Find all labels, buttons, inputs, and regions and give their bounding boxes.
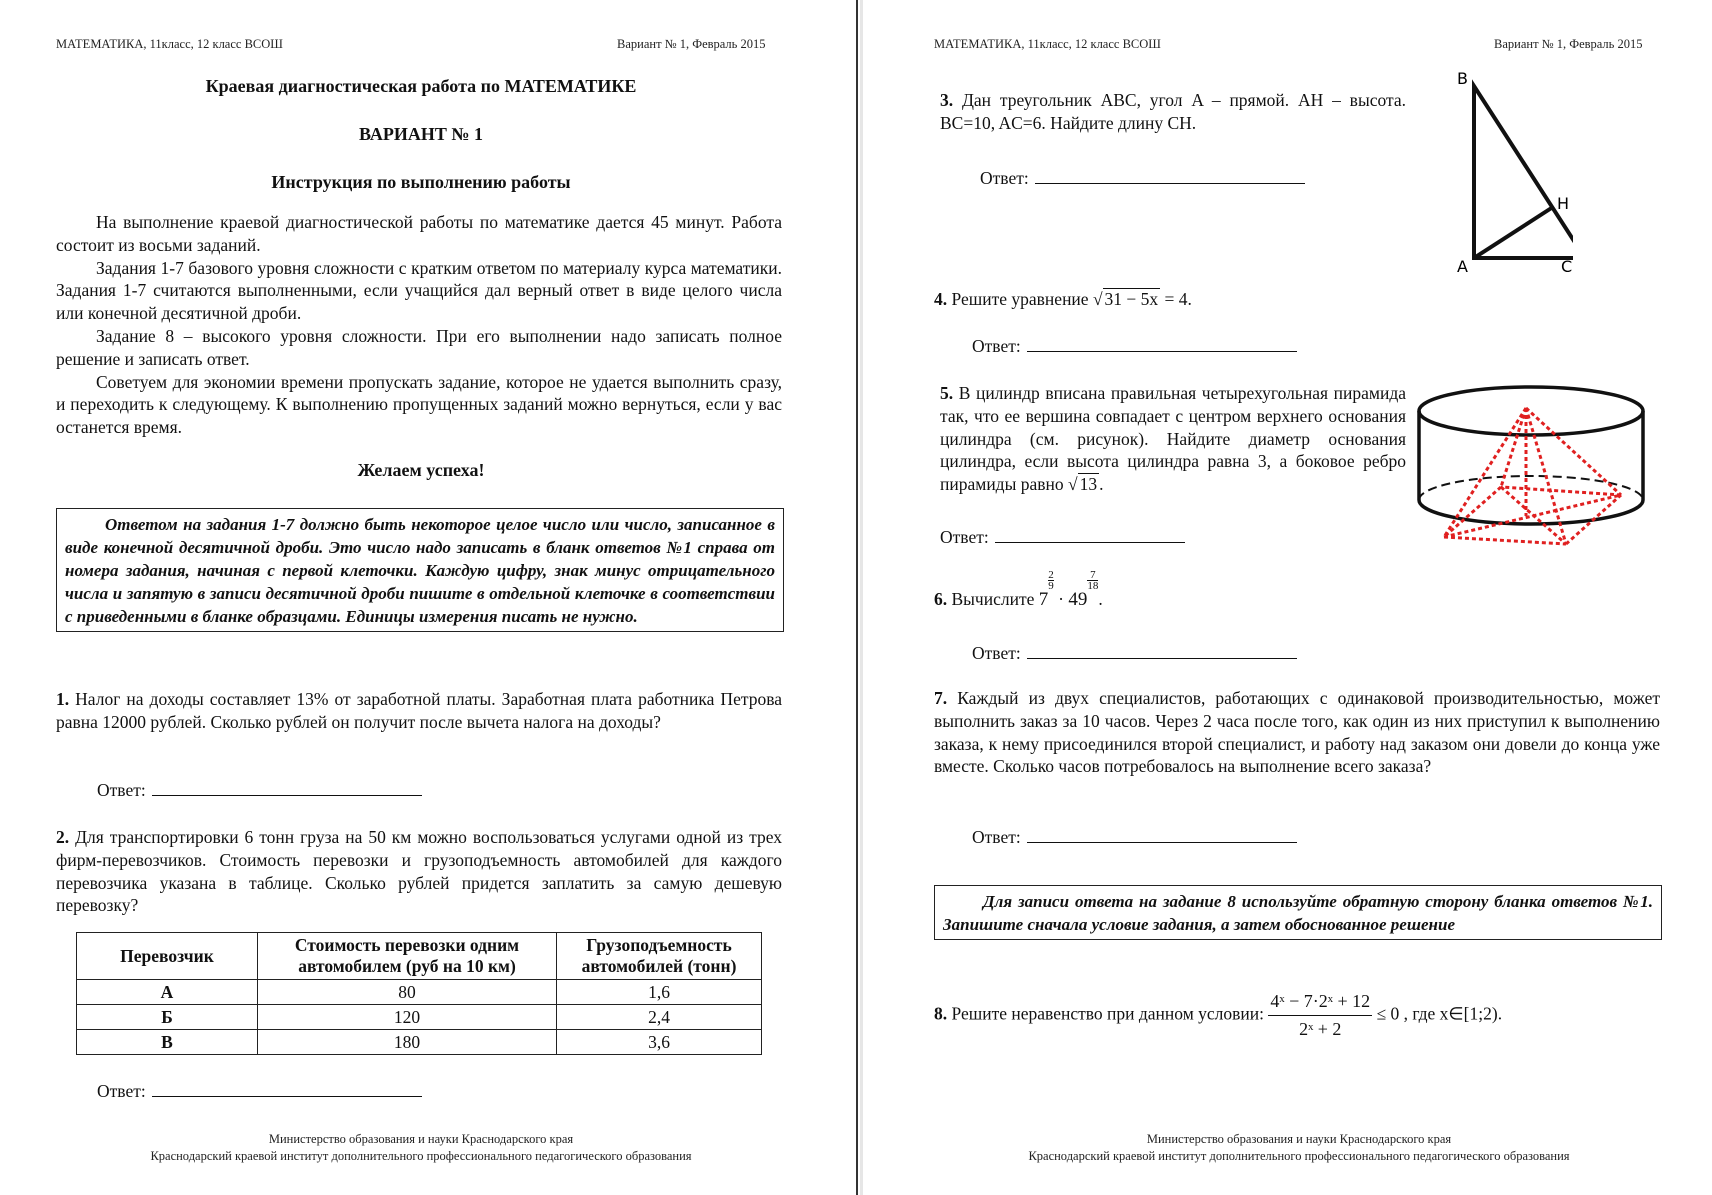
- inequality-fraction: 4ˣ − 7·2ˣ + 122ˣ + 2: [1268, 990, 1372, 1041]
- task-8-instructions-box: Для записи ответа на задание 8 используй…: [934, 885, 1662, 940]
- cost-cell: 120: [258, 1005, 557, 1030]
- sentence-end: .: [1099, 474, 1103, 494]
- task-6: 6. Вычислите 729 · 49718.: [934, 588, 1414, 612]
- task-4: 4. Решите уравнение √31 − 5x = 4.: [934, 288, 1414, 311]
- instructions-title: Инструкция по выполнению работы: [56, 172, 786, 193]
- answer-line[interactable]: [1027, 828, 1297, 843]
- task-4-text: Решите уравнение: [947, 289, 1093, 309]
- vertex-label-h: H: [1557, 194, 1569, 213]
- footer-institute: Краснодарский краевой институт дополните…: [56, 1148, 786, 1165]
- equation-rhs: = 4.: [1160, 289, 1192, 309]
- answer-instructions-text: Ответом на задания 1-7 должно быть некот…: [65, 513, 775, 628]
- fraction-numerator: 4ˣ − 7·2ˣ + 12: [1268, 990, 1372, 1016]
- table-row: В1803,6: [77, 1030, 762, 1055]
- exponent-1: 29: [1048, 570, 1054, 591]
- task-6-text: Вычислите: [947, 589, 1039, 609]
- task-4-number: 4.: [934, 289, 947, 309]
- exponent-denominator: 9: [1048, 581, 1054, 591]
- cost-cell: 80: [258, 980, 557, 1005]
- instruction-paragraph: Советуем для экономии времени пропускать…: [56, 371, 782, 439]
- header-variant: Вариант № 1, Февраль 2015: [1494, 37, 1643, 52]
- multiply-dot: ·: [1054, 589, 1069, 609]
- variant-title: ВАРИАНТ № 1: [56, 124, 786, 145]
- carrier-name: Б: [77, 1005, 258, 1030]
- task-2-answer: Ответ:: [97, 1081, 422, 1102]
- task-6-number: 6.: [934, 589, 947, 609]
- base-2: 49: [1068, 589, 1087, 610]
- carrier-name: В: [77, 1030, 258, 1055]
- sentence-end: .: [1098, 589, 1102, 609]
- instruction-paragraph: Задание 8 – высокого уровня сложности. П…: [56, 325, 782, 371]
- answer-label: Ответ:: [980, 168, 1029, 188]
- capacity-cell: 3,6: [557, 1030, 762, 1055]
- cost-cell: 180: [258, 1030, 557, 1055]
- task-2-text: Для транспортировки 6 тонн груза на 50 к…: [56, 827, 782, 915]
- footer: Министерство образования и науки Краснод…: [56, 1131, 786, 1165]
- exponent-denominator: 18: [1087, 581, 1098, 591]
- answer-line[interactable]: [1027, 644, 1297, 659]
- answer-label: Ответ:: [972, 643, 1021, 663]
- answer-line[interactable]: [995, 528, 1185, 543]
- instruction-paragraph: Задания 1-7 базового уровня сложности с …: [56, 257, 782, 325]
- answer-instructions-box: Ответом на задания 1-7 должно быть некот…: [56, 508, 784, 632]
- answer-label: Ответ:: [972, 336, 1021, 356]
- cylinder-pyramid-figure: [1416, 375, 1656, 555]
- answer-line[interactable]: [152, 781, 422, 796]
- table-header-row: Перевозчик Стоимость перевозки одним авт…: [77, 933, 762, 980]
- base-1: 7: [1039, 589, 1049, 610]
- column-header: Стоимость перевозки одним автомобилем (р…: [258, 933, 557, 980]
- task-3-number: 3.: [940, 90, 953, 110]
- header-subject: МАТЕМАТИКА, 11класс, 12 класс ВСОШ: [56, 37, 283, 52]
- table-row: А801,6: [77, 980, 762, 1005]
- task-5-text: В цилиндр вписана правильная четырехугол…: [940, 383, 1406, 494]
- answer-label: Ответ:: [97, 1081, 146, 1101]
- task-2-number: 2.: [56, 827, 69, 847]
- task-3-text: Дан треугольник ABC, угол A – прямой. AH…: [940, 90, 1406, 133]
- exponent-2: 718: [1087, 570, 1098, 591]
- task-5-number: 5.: [940, 383, 953, 403]
- task-2: 2. Для транспортировки 6 тонн груза на 5…: [56, 826, 782, 917]
- vertex-label-b: B: [1457, 69, 1468, 88]
- answer-label: Ответ:: [940, 527, 989, 547]
- task-3-answer: Ответ:: [980, 168, 1305, 189]
- task-1-number: 1.: [56, 689, 69, 709]
- answer-label: Ответ:: [97, 780, 146, 800]
- instructions: На выполнение краевой диагностической ра…: [56, 211, 782, 439]
- answer-line[interactable]: [1035, 169, 1305, 184]
- task-8: 8. Решите неравенство при данном условии…: [934, 990, 1674, 1041]
- radicand: 31 − 5x: [1103, 288, 1161, 309]
- header-variant: Вариант № 1, Февраль 2015: [617, 37, 766, 52]
- column-header: Грузоподъемность автомобилей (тонн): [557, 933, 762, 980]
- task-7-number: 7.: [934, 688, 947, 708]
- vertex-label-c: C: [1561, 257, 1572, 276]
- equation: √31 − 5x = 4.: [1093, 288, 1192, 309]
- answer-line[interactable]: [1027, 337, 1297, 352]
- task-8-number: 8.: [934, 1003, 947, 1023]
- vertex-label-a: A: [1457, 257, 1468, 276]
- task-8-text: Решите неравенство при данном условии:: [947, 1003, 1268, 1023]
- task-7-answer: Ответ:: [972, 827, 1297, 848]
- task-1-text: Налог на доходы составляет 13% от зарабо…: [56, 689, 782, 732]
- triangle-figure: B H A C: [1453, 66, 1573, 276]
- carriers-table: Перевозчик Стоимость перевозки одним авт…: [76, 932, 762, 1055]
- task-1-answer: Ответ:: [97, 780, 422, 801]
- table-row: Б1202,4: [77, 1005, 762, 1030]
- footer-ministry: Министерство образования и науки Краснод…: [56, 1131, 786, 1148]
- task-1: 1. Налог на доходы составляет 13% от зар…: [56, 688, 782, 734]
- inequality-condition: , где x∈[1;2).: [1399, 1003, 1502, 1023]
- task-7-text: Каждый из двух специалистов, работающих …: [934, 688, 1660, 776]
- document-title: Краевая диагностическая работа по МАТЕМА…: [56, 76, 786, 97]
- capacity-cell: 2,4: [557, 1005, 762, 1030]
- footer-ministry: Министерство образования и науки Краснод…: [934, 1131, 1664, 1148]
- header-subject: МАТЕМАТИКА, 11класс, 12 класс ВСОШ: [934, 37, 1161, 52]
- instruction-paragraph: На выполнение краевой диагностической ра…: [56, 211, 782, 257]
- answer-label: Ответ:: [972, 827, 1021, 847]
- radicand: 13: [1078, 473, 1100, 494]
- edge-length: √13: [1068, 473, 1099, 494]
- expression: 729 · 49718.: [1039, 589, 1103, 609]
- inequality-relation: ≤ 0: [1372, 1003, 1399, 1023]
- task-5-answer: Ответ:: [940, 527, 1185, 548]
- right-page: МАТЕМАТИКА, 11класс, 12 класс ВСОШ Вариа…: [858, 0, 1712, 1195]
- task-8-instructions-text: Для записи ответа на задание 8 используй…: [943, 890, 1653, 936]
- capacity-cell: 1,6: [557, 980, 762, 1005]
- wish-text: Желаем успеха!: [56, 460, 786, 481]
- task-7: 7. Каждый из двух специалистов, работающ…: [934, 687, 1660, 778]
- task-6-answer: Ответ:: [972, 643, 1297, 664]
- footer: Министерство образования и науки Краснод…: [934, 1131, 1664, 1165]
- column-header: Перевозчик: [77, 933, 258, 980]
- footer-institute: Краснодарский краевой институт дополните…: [934, 1148, 1664, 1165]
- answer-line[interactable]: [152, 1082, 422, 1097]
- carrier-name: А: [77, 980, 258, 1005]
- task-3: 3. Дан треугольник ABC, угол A – прямой.…: [940, 89, 1406, 135]
- task-4-answer: Ответ:: [972, 336, 1297, 357]
- left-page: МАТЕМАТИКА, 11класс, 12 класс ВСОШ Вариа…: [0, 0, 856, 1195]
- fraction-denominator: 2ˣ + 2: [1268, 1016, 1372, 1041]
- task-5: 5. В цилиндр вписана правильная четыреху…: [940, 382, 1406, 496]
